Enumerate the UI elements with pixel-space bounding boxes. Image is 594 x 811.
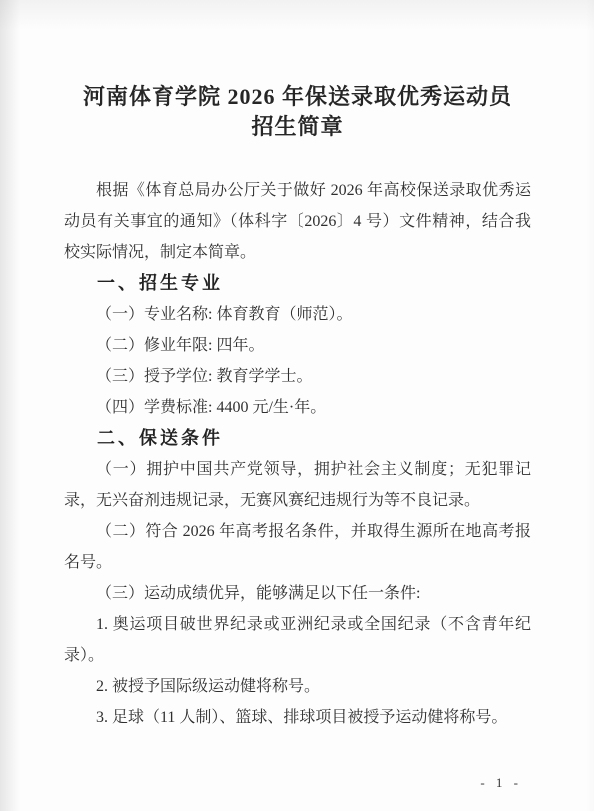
document-content: 河南体育学院 2026 年保送录取优秀运动员 招生简章 根据《体育总局办公厅关于… (0, 82, 594, 733)
section-2-heading: 二、保送条件 (64, 423, 531, 454)
intro-paragraph: 根据《体育总局办公厅关于做好 2026 年高校保送录取优秀运动员有关事宜的通知》… (64, 175, 531, 268)
document-title-line-1: 河南体育学院 2026 年保送录取优秀运动员 (64, 82, 531, 112)
section-2-item-political: （一）拥护中国共产党领导，拥护社会主义制度；无犯罪记录，无兴奋剂违规记录，无赛风… (64, 454, 531, 516)
section-2-item-gaokao: （二）符合 2026 年高考报名条件，并取得生源所在地高考报名号。 (64, 516, 531, 578)
section-1-item-tuition: （四）学费标准: 4400 元/生·年。 (64, 392, 531, 423)
document-page: 河南体育学院 2026 年保送录取优秀运动员 招生简章 根据《体育总局办公厅关于… (0, 0, 594, 811)
section-1-item-degree: （三）授予学位: 教育学学士。 (64, 361, 531, 392)
section-2-item-performance: （三）运动成绩优异，能够满足以下任一条件: (64, 578, 531, 609)
section-1-item-study-years: （二）修业年限: 四年。 (64, 330, 531, 361)
page-number: - 1 - (480, 775, 522, 791)
section-1-item-major-name: （一）专业名称: 体育教育（师范）。 (64, 299, 531, 330)
document-title: 河南体育学院 2026 年保送录取优秀运动员 招生简章 (64, 82, 531, 142)
section-2-condition-2: 2. 被授予国际级运动健将称号。 (64, 671, 531, 702)
document-title-line-2: 招生简章 (64, 112, 531, 142)
section-1-heading: 一、招生专业 (64, 268, 531, 299)
section-2-condition-3: 3. 足球（11 人制）、篮球、排球项目被授予运动健将称号。 (64, 702, 531, 733)
section-2-condition-1: 1. 奥运项目破世界纪录或亚洲纪录或全国纪录（不含青年纪录）。 (64, 609, 531, 671)
